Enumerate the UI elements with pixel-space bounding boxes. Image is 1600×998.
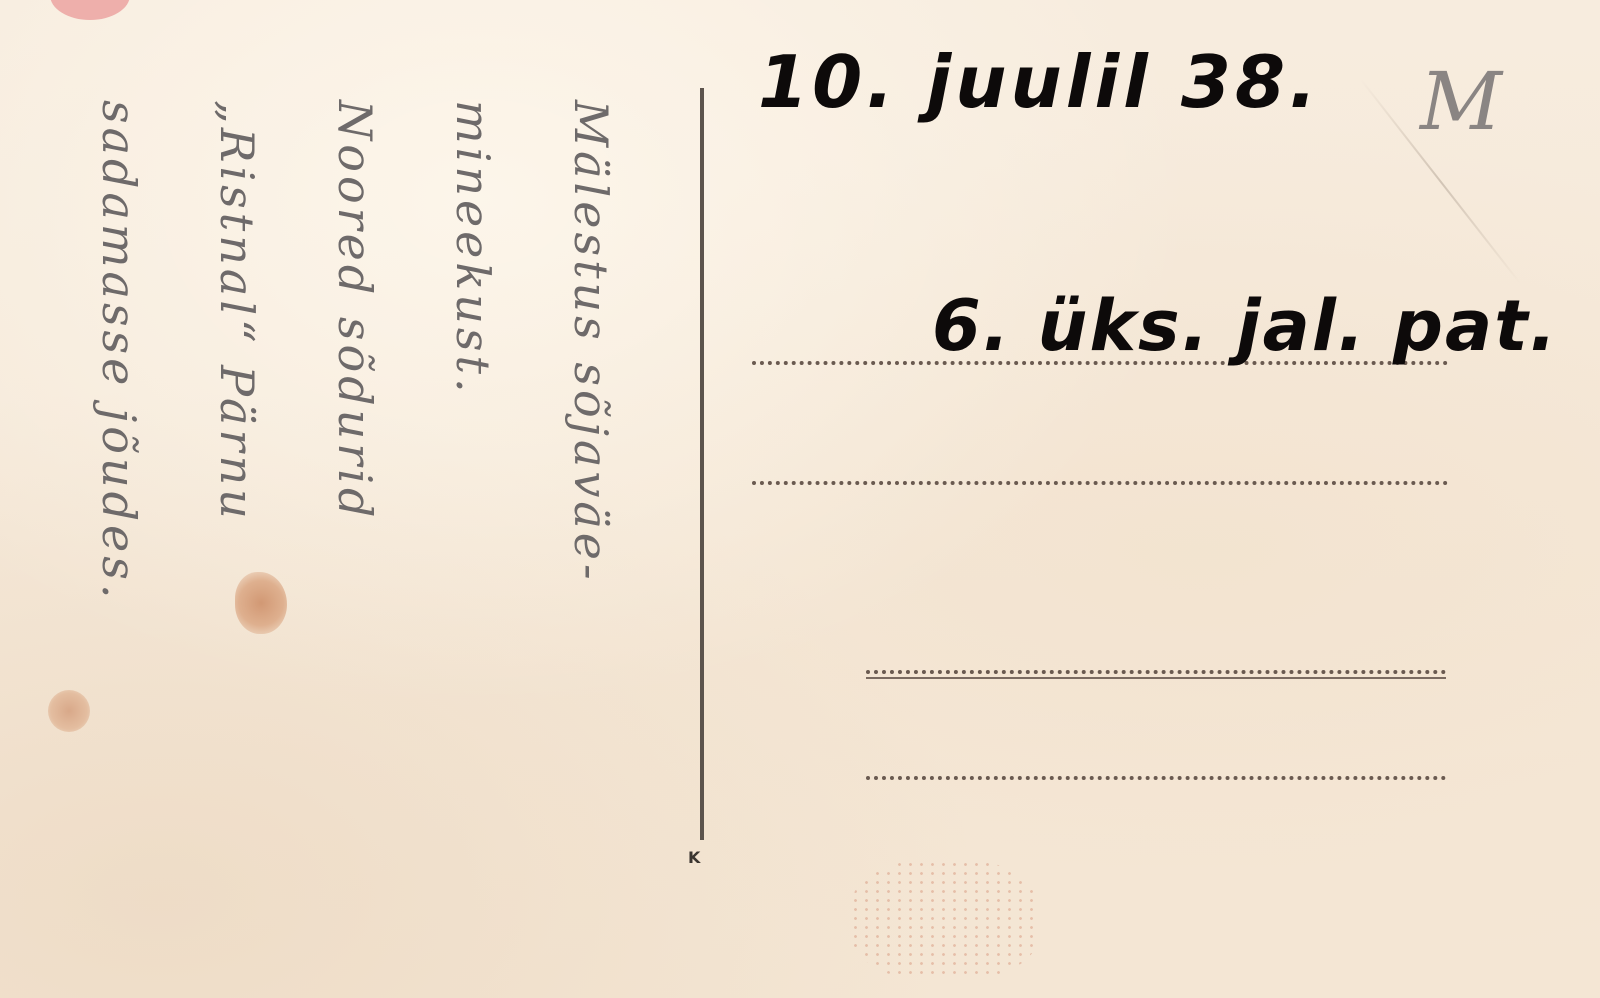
address-line-3 — [866, 670, 1446, 674]
date-inscription: 10. juulil 38. — [758, 40, 1320, 124]
center-divider — [700, 88, 704, 840]
message-line-3: Noored sõdurid — [296, 100, 414, 602]
message-line-5: sadamasse jõudes. — [60, 100, 178, 602]
small-stain — [48, 690, 90, 732]
message-line-1: Mälestus sõjaväe- — [532, 100, 650, 602]
address-line-4 — [866, 776, 1446, 780]
foxing-speckles — [850, 860, 1040, 980]
message-line-2: mineekust. — [414, 100, 532, 602]
address-line-2 — [752, 481, 1448, 485]
address-line-3-underline — [866, 677, 1446, 679]
postcard-back: Mälestus sõjaväe- mineekust. Noored sõdu… — [0, 0, 1600, 998]
printer-mark: K — [688, 848, 700, 867]
message-line-4: „Ristnal“ Pärnu — [178, 100, 296, 602]
unit-inscription: 6. üks. jal. pat. — [932, 285, 1558, 367]
pencil-corner-mark: M — [1420, 55, 1502, 148]
pink-stain — [50, 0, 130, 20]
handwritten-message: Mälestus sõjaväe- mineekust. Noored sõdu… — [60, 100, 650, 602]
